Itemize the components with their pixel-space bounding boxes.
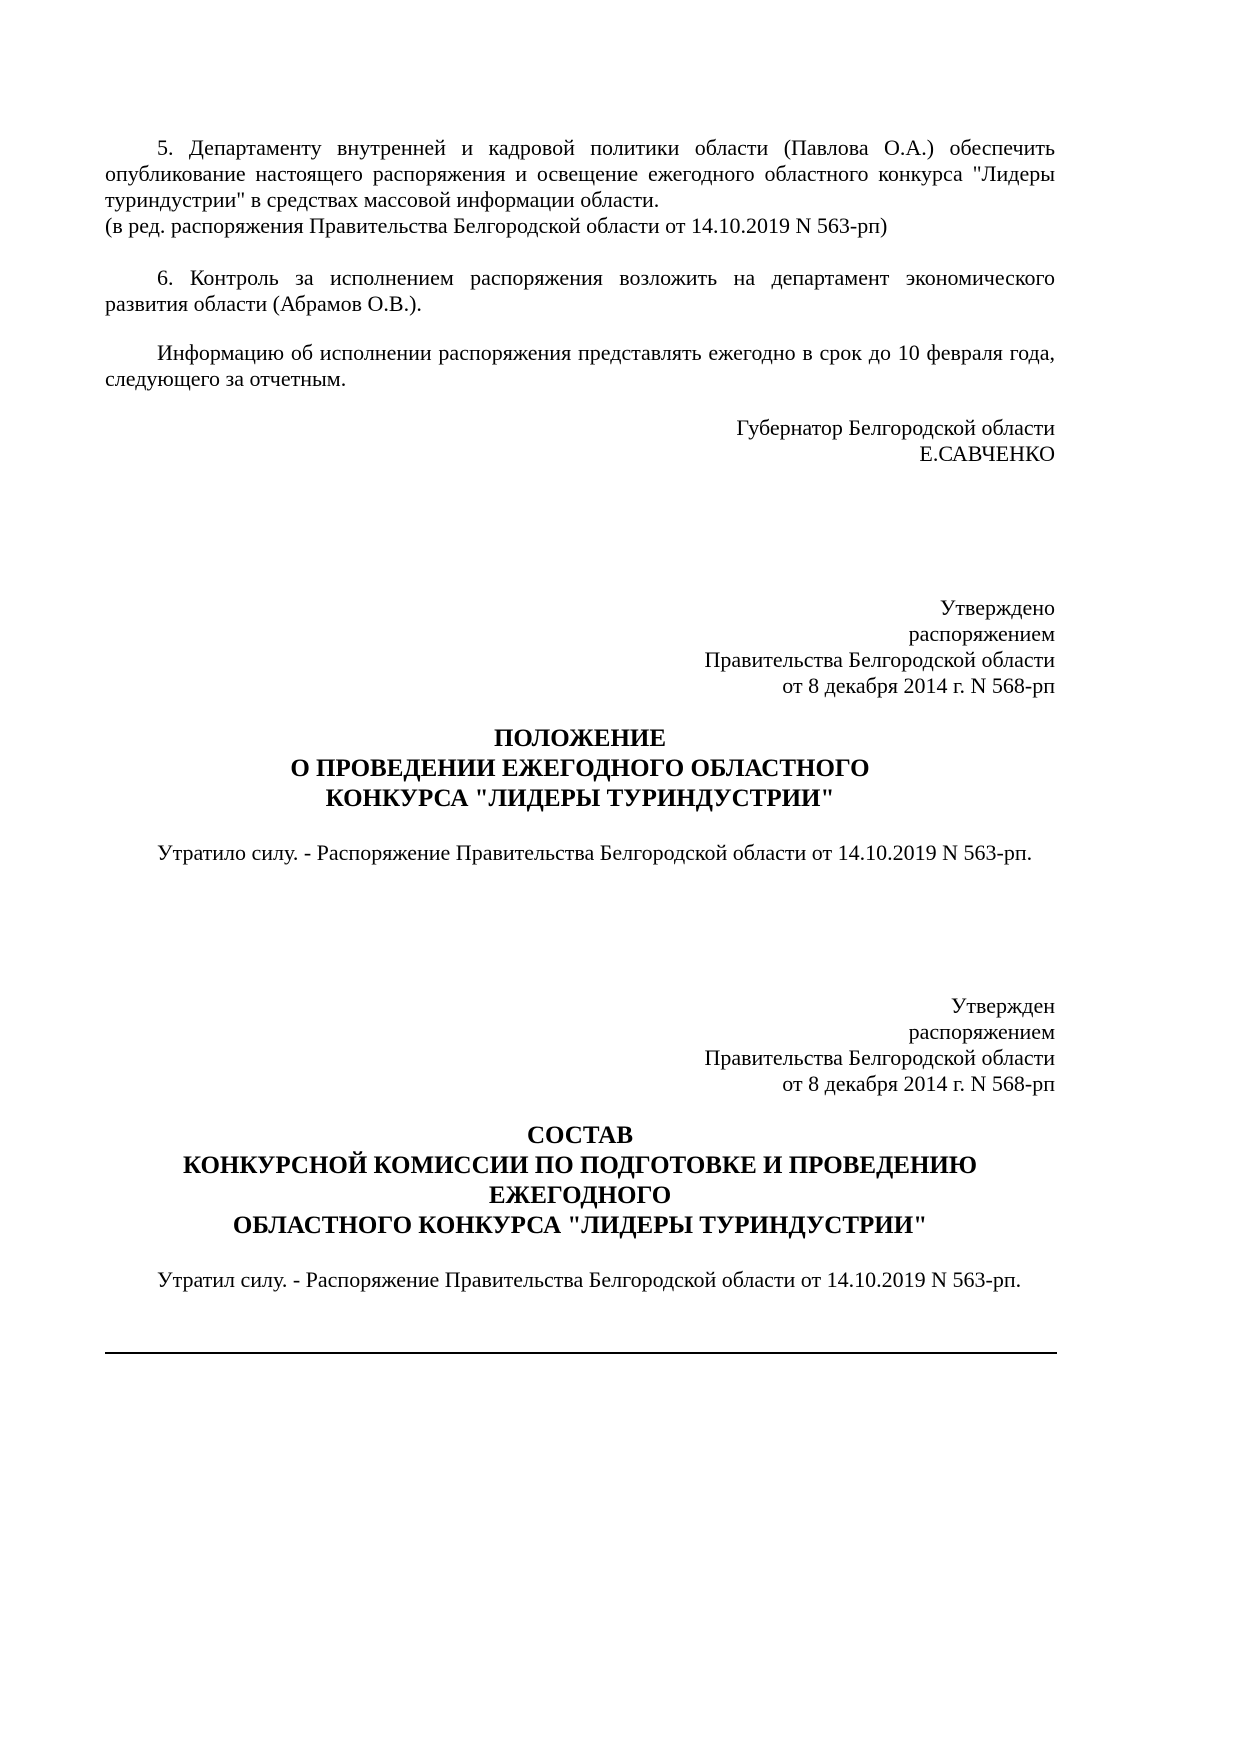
annex-1-status-text: Утратило силу. - Распоряжение Правительс… [157,840,1032,865]
annex-2-status-text: Утратил силу. - Распоряжение Правительст… [157,1267,1021,1292]
annex-1-title: ПОЛОЖЕНИЕ О ПРОВЕДЕНИИ ЕЖЕГОДНОГО ОБЛАСТ… [105,724,1055,814]
annex-2-approval-line: Утвержден [105,993,1055,1019]
paragraph-5-amendment: (в ред. распоряжения Правительства Белго… [105,213,1055,239]
page-divider [105,1352,1057,1354]
annex-2-approval: Утвержден распоряжением Правительства Бе… [105,993,1055,1097]
annex-1-title-line: О ПРОВЕДЕНИИ ЕЖЕГОДНОГО ОБЛАСТНОГО [105,754,1055,784]
annex-1-approval-line: Утверждено [105,595,1055,621]
annex-2-title-line: ОБЛАСТНОГО КОНКУРСА "ЛИДЕРЫ ТУРИНДУСТРИИ… [105,1211,1055,1241]
paragraph-5: 5. Департаменту внутренней и кадровой по… [105,135,1055,213]
annex-1-title-line: КОНКУРСА "ЛИДЕРЫ ТУРИНДУСТРИИ" [105,784,1055,814]
annex-1-approval-line: от 8 декабря 2014 г. N 568-рп [105,673,1055,699]
paragraph-info-text: Информацию об исполнении распоряжения пр… [105,340,1055,391]
annex-1-status: Утратило силу. - Распоряжение Правительс… [105,840,1055,866]
paragraph-info: Информацию об исполнении распоряжения пр… [105,340,1055,392]
annex-2-approval-line: распоряжением [105,1019,1055,1045]
signature-block: Губернатор Белгородской области Е.САВЧЕН… [105,415,1055,467]
annex-1-approval-line: распоряжением [105,621,1055,647]
annex-2-title-line: СОСТАВ [105,1121,1055,1151]
paragraph-6: 6. Контроль за исполнением распоряжения … [105,265,1055,317]
annex-2-status: Утратил силу. - Распоряжение Правительст… [105,1267,1055,1293]
paragraph-5-text: 5. Департаменту внутренней и кадровой по… [105,135,1055,212]
annex-2-title-line: ЕЖЕГОДНОГО [105,1181,1055,1211]
annex-1-approval-line: Правительства Белгородской области [105,647,1055,673]
annex-1-title-line: ПОЛОЖЕНИЕ [105,724,1055,754]
annex-2-approval-line: от 8 декабря 2014 г. N 568-рп [105,1071,1055,1097]
signature-name: Е.САВЧЕНКО [105,441,1055,467]
signature-position: Губернатор Белгородской области [105,415,1055,441]
annex-2-approval-line: Правительства Белгородской области [105,1045,1055,1071]
annex-2-title: СОСТАВ КОНКУРСНОЙ КОМИССИИ ПО ПОДГОТОВКЕ… [105,1121,1055,1241]
annex-1-approval: Утверждено распоряжением Правительства Б… [105,595,1055,699]
document-page: 5. Департаменту внутренней и кадровой по… [0,0,1240,1754]
paragraph-6-text: 6. Контроль за исполнением распоряжения … [105,265,1055,316]
annex-2-title-line: КОНКУРСНОЙ КОМИССИИ ПО ПОДГОТОВКЕ И ПРОВ… [105,1151,1055,1181]
